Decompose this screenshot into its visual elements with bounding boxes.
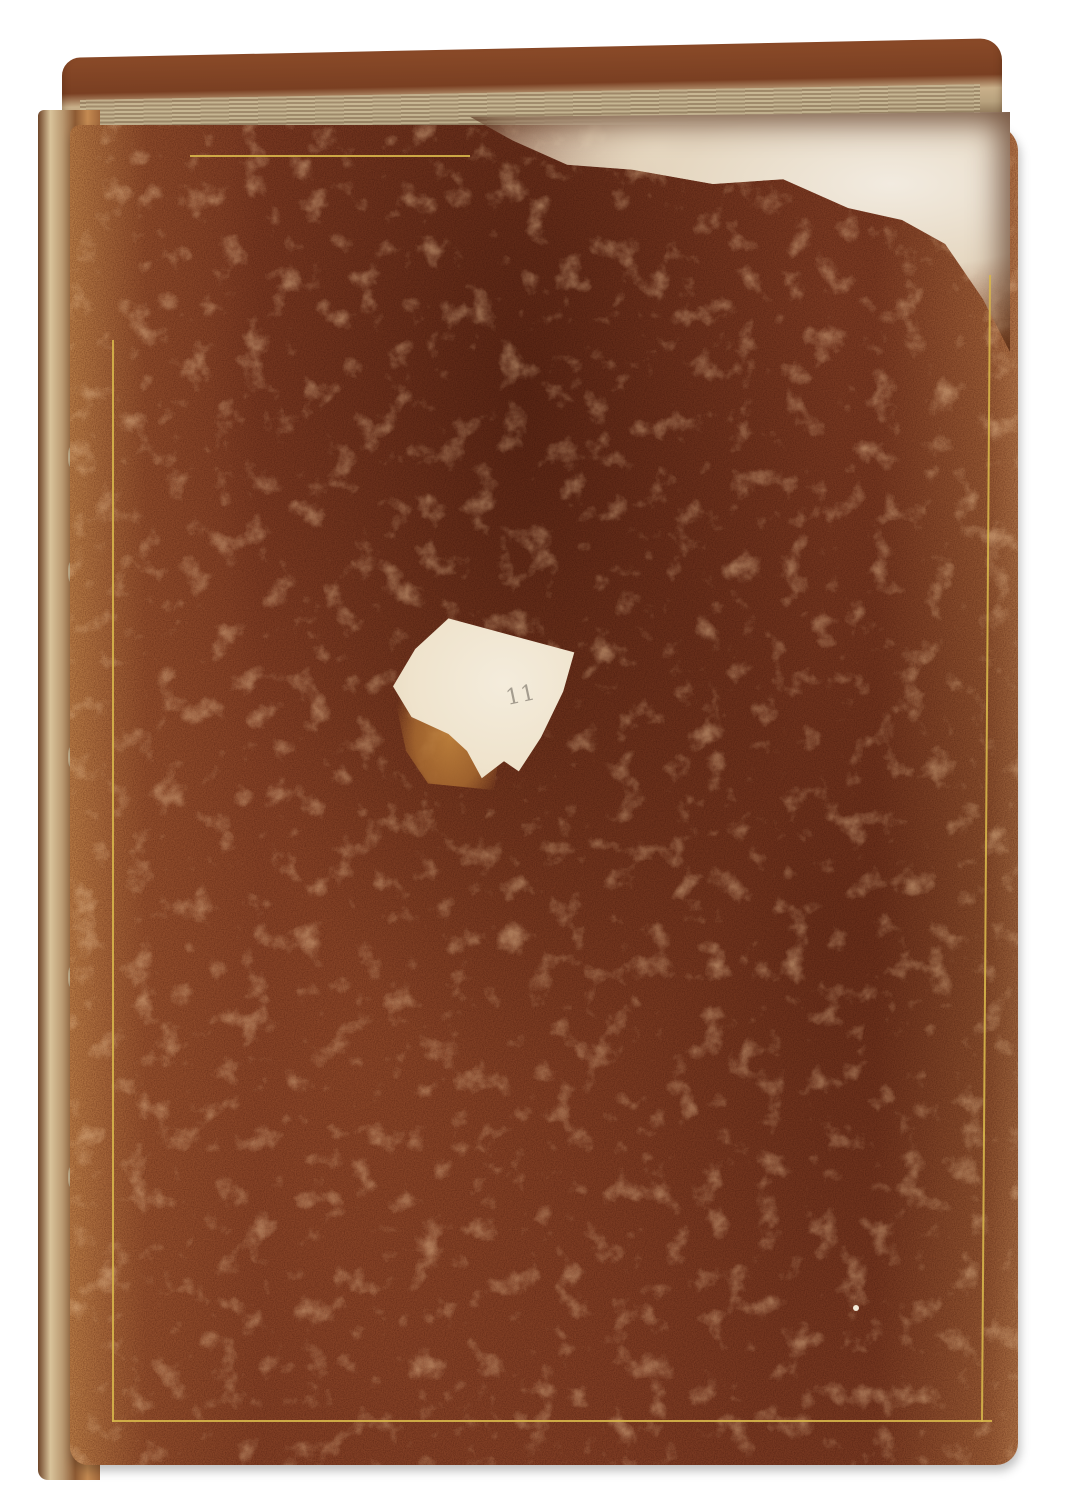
light-speck (853, 1305, 859, 1311)
book-photo: 11 (0, 0, 1080, 1485)
leather-cover (70, 125, 1018, 1465)
leather-speckle-texture (70, 125, 1018, 1465)
gilt-fillet-top (190, 155, 470, 157)
gilt-fillet-bottom (112, 1420, 992, 1422)
gilt-fillet-left (112, 340, 114, 1422)
